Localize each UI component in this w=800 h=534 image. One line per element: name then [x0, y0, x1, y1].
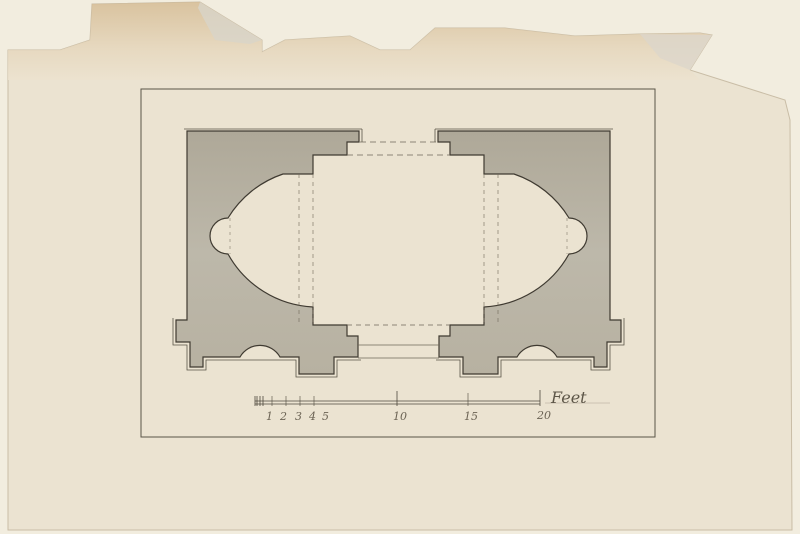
scale-label-3: 3	[295, 410, 302, 423]
paper-sheet	[8, 2, 792, 530]
scale-label-10: 10	[393, 410, 407, 423]
scale-label-4: 4	[308, 410, 316, 423]
scale-label-1: 1	[266, 410, 273, 423]
scale-label-20: 20	[536, 409, 551, 422]
scale-label-5: 5	[322, 410, 329, 423]
floor-plan-drawing: 1 2 3 4 5 10 15 20 Feet	[0, 0, 800, 534]
scale-unit-label: Feet	[550, 388, 587, 407]
scale-label-2: 2	[279, 410, 287, 423]
scale-label-15: 15	[464, 410, 478, 423]
artwork-canvas: 1 2 3 4 5 10 15 20 Feet	[0, 0, 800, 534]
